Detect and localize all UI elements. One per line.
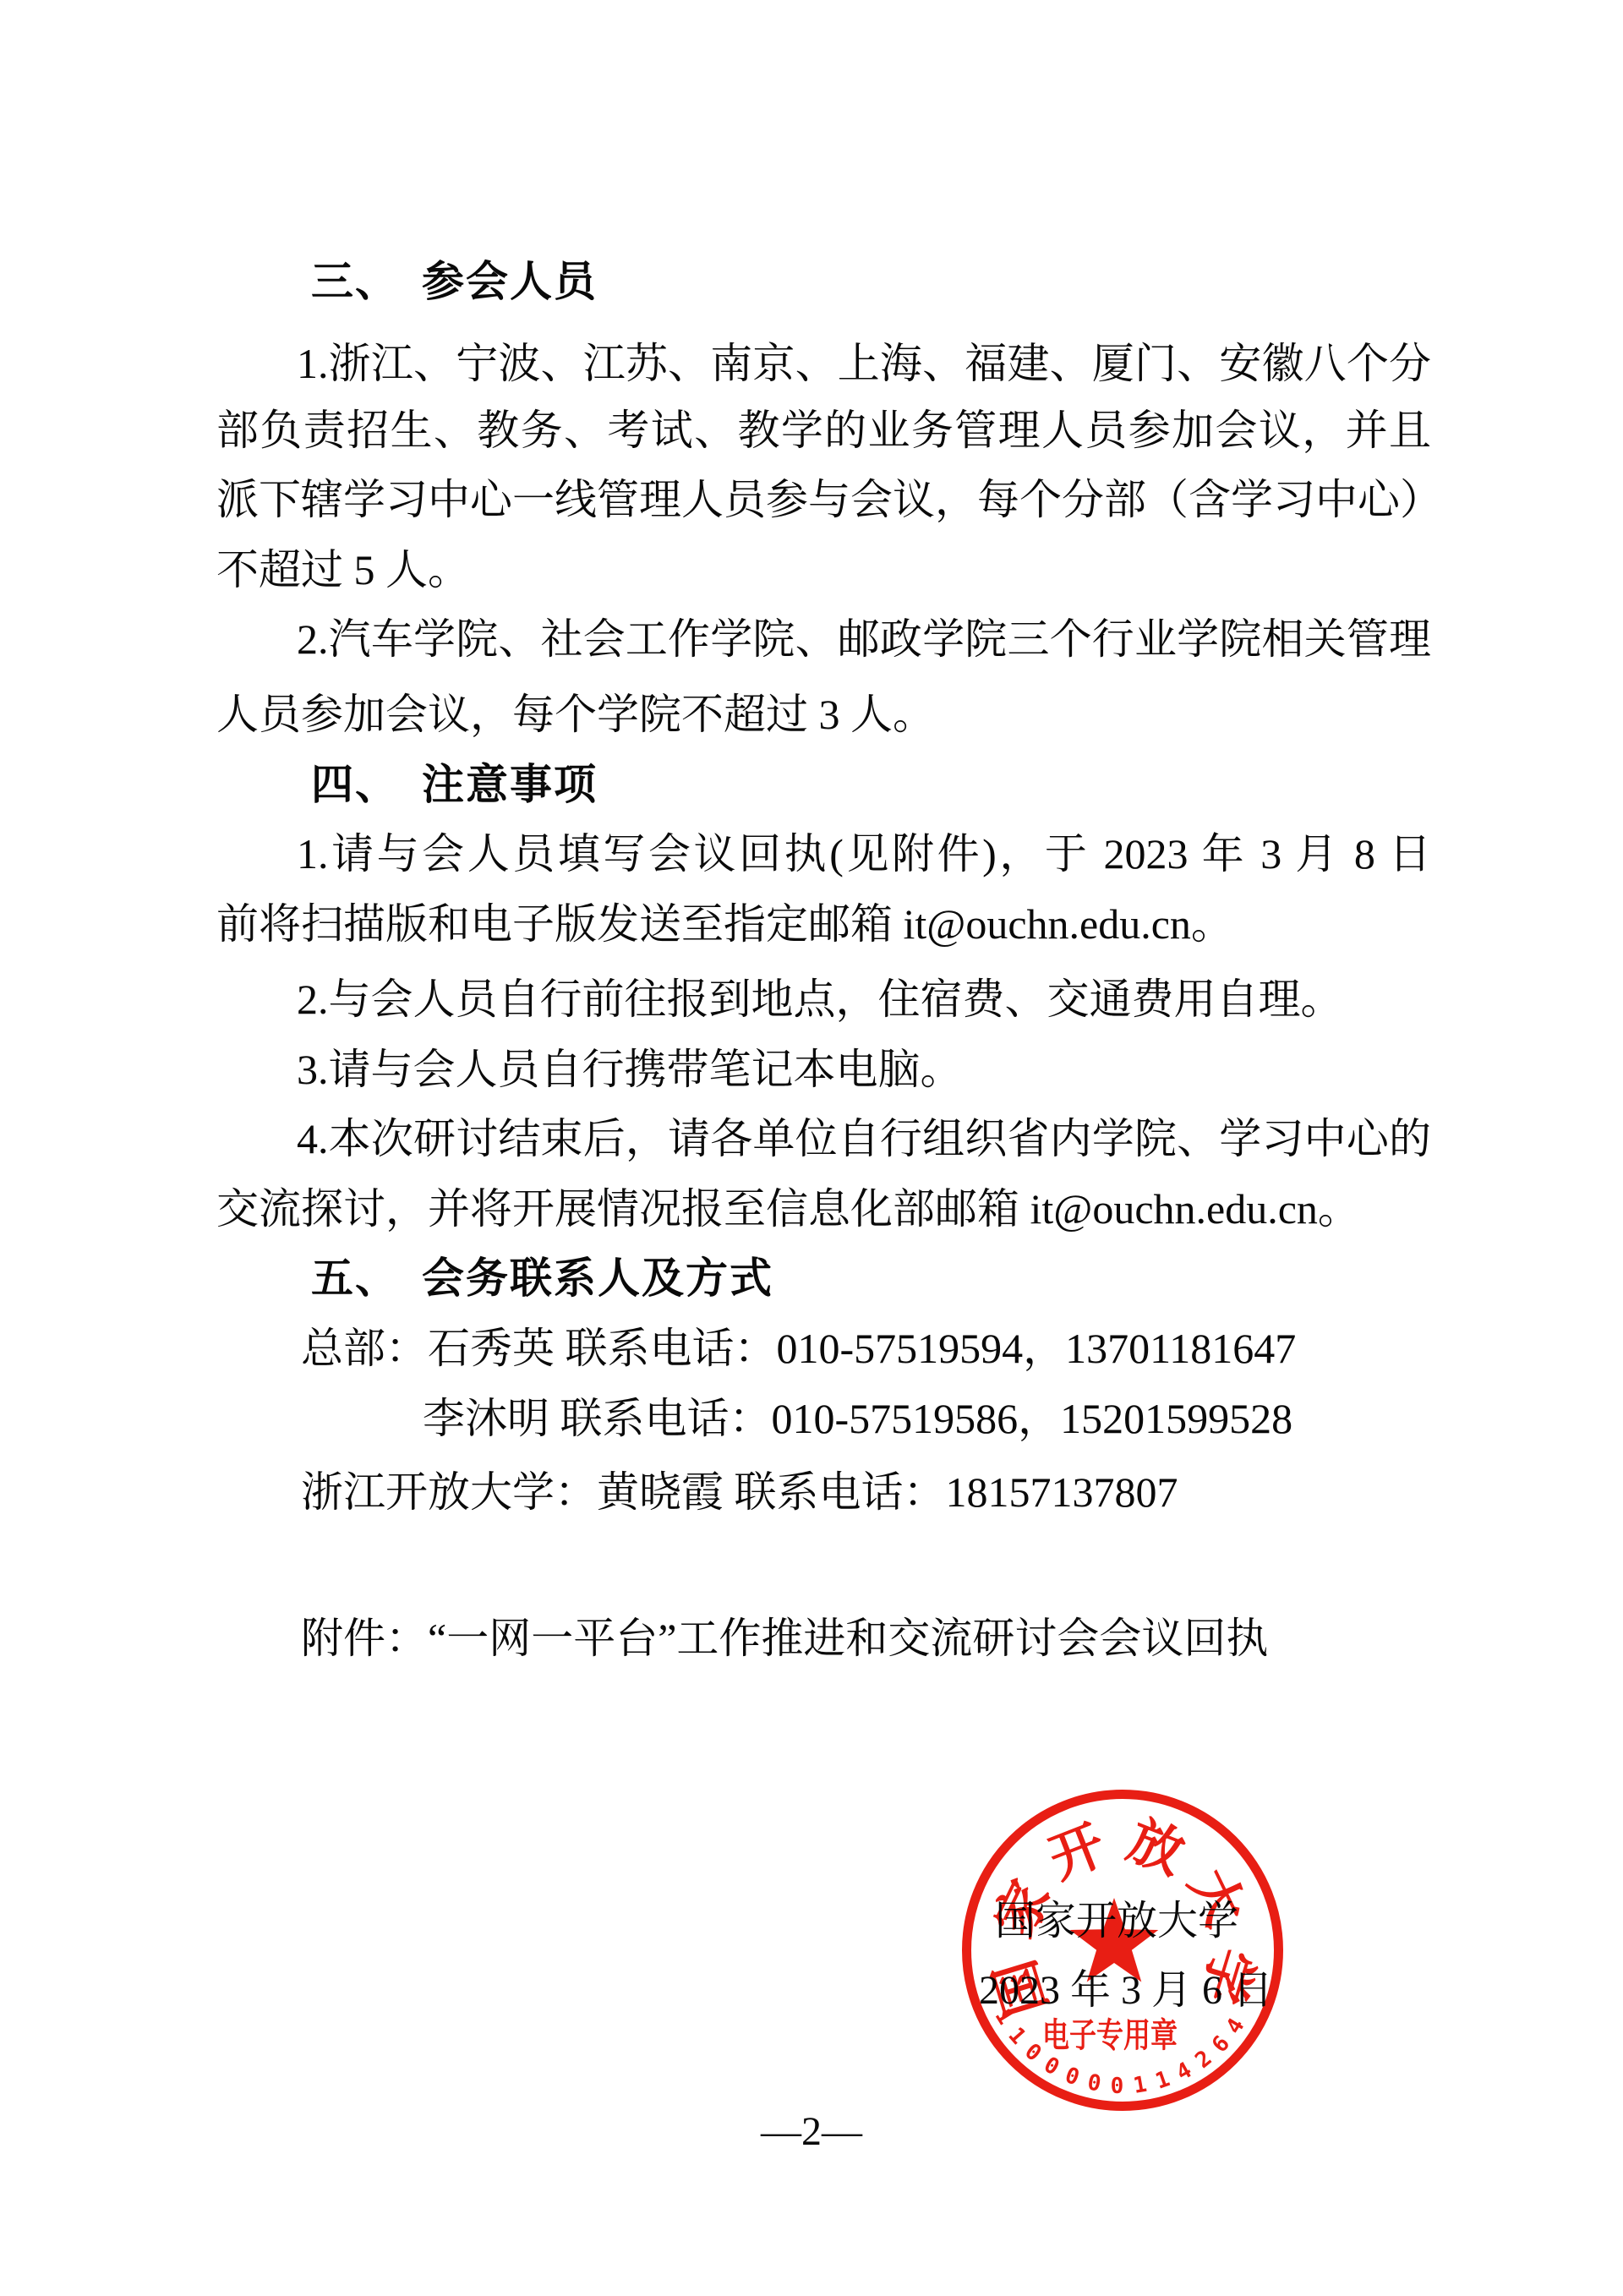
body-line: 1.浙江、宁波、江苏、南京、上海、福建、厦门、安徽八个分 [297,334,1431,393]
body-line: 不超过 5 人。 [216,540,470,599]
section-heading-contacts: 五、 会务联系人及方式 [311,1249,773,1308]
body-line: 人员参加会议，每个学院不超过 3 人。 [216,685,935,744]
section-heading-notes: 四、 注意事项 [311,755,598,814]
body-line: 2.汽车学院、社会工作学院、邮政学院三个行业学院相关管理 [297,610,1431,669]
page-number: —2— [0,2107,1623,2157]
body-line: 部负责招生、教务、考试、教学的业务管理人员参加会议，并且选 [216,401,1431,460]
section-heading-participants: 三、 参会人员 [311,252,598,311]
seal-arc-text: 国家开放大学 [981,1810,1265,2022]
official-seal: 国家开放大学 电子专用章 1100000114264 [945,1773,1300,2128]
document-page: 三、 参会人员 1.浙江、宁波、江苏、南京、上海、福建、厦门、安徽八个分 部负责… [0,0,1623,2296]
body-line: 前将扫描版和电子版发送至指定邮箱 it@ouchn.edu.cn。 [216,894,1233,954]
body-line: 1.请与会人员填写会议回执(见附件)，于 2023 年 3 月 8 日 12:0… [297,824,1431,883]
attachment-line: 附件：“一网一平台”工作推进和交流研讨会会议回执 [301,1609,1268,1668]
contact-line-limuming: 李沐明 联系电话：010-57519586，15201599528 [423,1389,1292,1448]
seal-star [1070,1898,1159,1982]
seal-center-text: 电子专用章 [1042,2016,1178,2054]
body-line: 3.请与会人员自行携带笔记本电脑。 [297,1040,963,1099]
body-line: 派下辖学习中心一线管理人员参与会议，每个分部（含学习中心） [216,470,1431,529]
body-line: 4.本次研讨结束后，请各单位自行组织省内学院、学习中心的 [297,1109,1431,1168]
body-line: 交流探讨，并将开展情况报至信息化部邮箱 it@ouchn.edu.cn。 [216,1179,1360,1238]
contact-line-headquarters: 总部：石秀英 联系电话：010-57519594，13701181647 [301,1319,1296,1378]
svg-text:国家开放大学: 国家开放大学 [981,1810,1265,2022]
body-line: 2.与会人员自行前往报到地点，住宿费、交通费用自理。 [297,970,1343,1029]
contact-line-zhejiang: 浙江开放大学：黄晓霞 联系电话：18157137807 [301,1462,1178,1522]
